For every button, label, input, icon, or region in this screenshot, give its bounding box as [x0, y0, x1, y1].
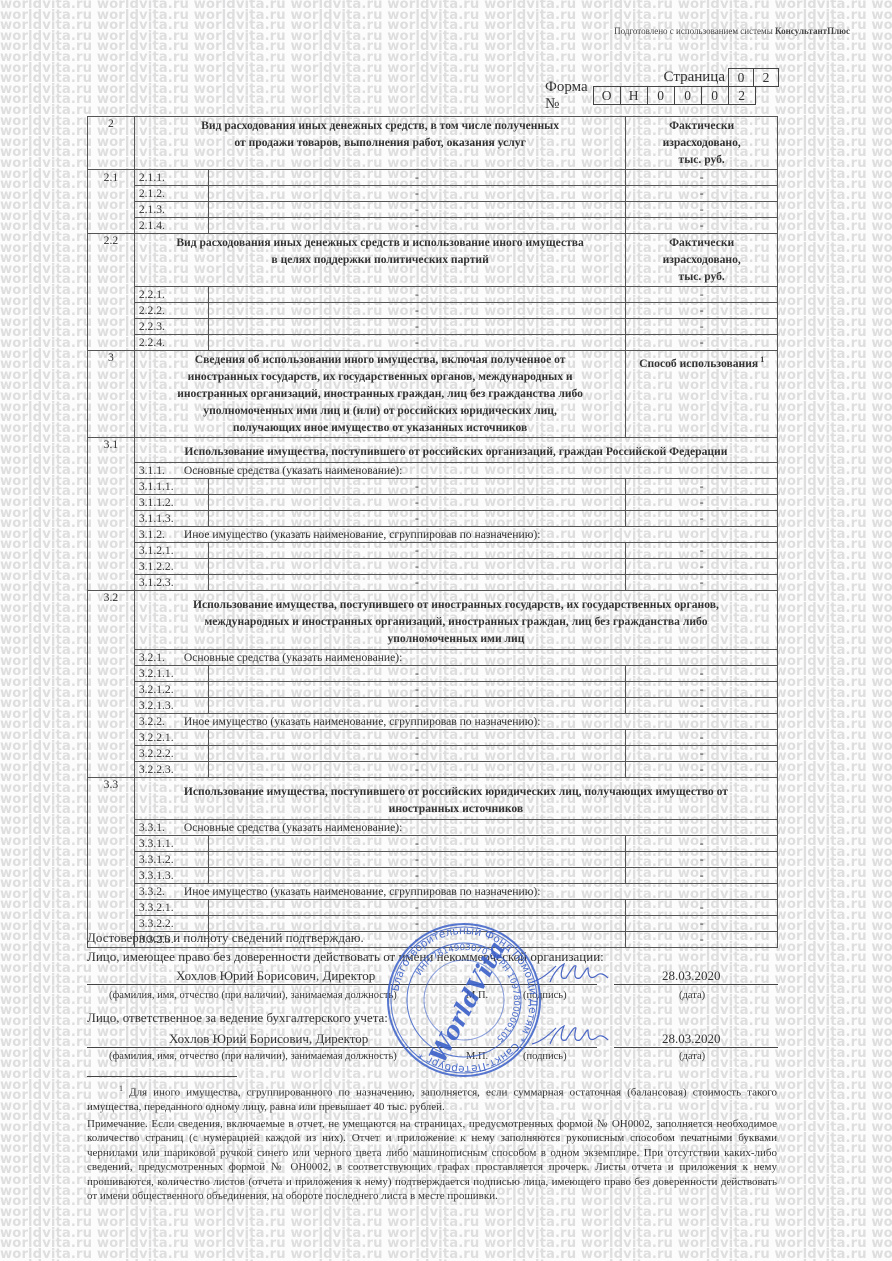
row-name-field[interactable]: - [208, 575, 626, 591]
row-code: 2.1.4. [134, 218, 208, 234]
section-number: 2 [88, 117, 135, 170]
row-name-field[interactable]: - [208, 836, 626, 852]
value-column-header: Фактическиизрасходовано,тыс. руб. [626, 234, 778, 287]
row-name-field[interactable]: - [208, 170, 626, 186]
page-number-boxes: 0 2 [729, 68, 779, 87]
row-code: 2.2.4. [134, 335, 208, 351]
header-line: уполномоченных ими лиц [139, 630, 773, 647]
row-name-field[interactable]: - [208, 218, 626, 234]
caption-name: (фамилия, имя, отчество (при наличии), з… [109, 990, 397, 1001]
row-value-field[interactable]: - [626, 303, 778, 319]
row-name-field[interactable]: - [208, 730, 626, 746]
row-name-field[interactable]: - [208, 202, 626, 218]
row-code: 3.2.1.2. [134, 682, 208, 698]
header-line: Использование имущества, поступившего от… [139, 596, 773, 613]
row-name-field[interactable]: - [208, 303, 626, 319]
row-value-field[interactable]: - [626, 559, 778, 575]
header-line: от продажи товаров, выполнения работ, ок… [139, 134, 621, 151]
header-line: международных и иностранных организаций,… [139, 613, 773, 630]
table-row: 3.1.2.2. - - [88, 559, 778, 575]
header-line: израсходовано, [630, 251, 773, 268]
form-code-char: Н [620, 86, 648, 105]
row-code: 2.1.3. [134, 202, 208, 218]
form-code-boxes: О Н 0 0 0 2 [594, 86, 756, 105]
row-name-field[interactable]: - [208, 698, 626, 714]
row-value-field[interactable]: - [626, 202, 778, 218]
row-value-field[interactable]: - [626, 852, 778, 868]
header-line: Фактически [630, 117, 773, 134]
page-number-row: Страница 0 2 [655, 69, 779, 86]
row-code: 2.2.3. [134, 319, 208, 335]
table-row: 2.1.3. - - [88, 202, 778, 218]
category-label: 3.3.1.Основные средства (указать наимено… [134, 820, 777, 836]
document-page: Подготовлено с использованием системы Ко… [0, 0, 892, 1261]
footnote: 1 Для иного имущества, сгруппированного … [87, 1082, 777, 1114]
authorized-date-line[interactable] [614, 984, 778, 985]
table-row: 3.3.1.3. - - [88, 868, 778, 884]
category-code: 3.3.2. [139, 884, 184, 899]
section-2-header: 2 Вид расходования иных денежных средств… [88, 117, 778, 170]
table-row: 3.3.1.2. - - [88, 852, 778, 868]
row-value-field[interactable]: - [626, 932, 778, 948]
form-code-char: О [593, 86, 621, 105]
subsection-header: 3.1 Использование имущества, поступившег… [88, 438, 778, 463]
category-row: 3.2.1.Основные средства (указать наимено… [88, 650, 778, 666]
note-text: Примечание. Если сведения, включаемые в … [87, 1117, 777, 1203]
subsection-title: Использование имущества, поступившего от… [134, 438, 777, 463]
subsection-number: 3.2 [88, 591, 135, 778]
caption-date: (дата) [679, 990, 705, 1001]
row-name-field[interactable]: - [208, 666, 626, 682]
header-line: тыс. руб. [630, 151, 773, 168]
value-column-header: Фактическиизрасходовано,тыс. руб. [626, 117, 778, 170]
table-row: 3.1.1.1. - - [88, 479, 778, 495]
row-value-field[interactable]: - [626, 511, 778, 527]
subsection-number: 3.3 [88, 778, 135, 948]
caption-name: (фамилия, имя, отчество (при наличии), з… [109, 1051, 397, 1062]
row-code: 3.2.2.1. [134, 730, 208, 746]
category-row: 3.3.1.Основные средства (указать наимено… [88, 820, 778, 836]
row-code: 3.3.2.1. [134, 900, 208, 916]
category-text: Иное имущество (указать наименование, сг… [184, 885, 541, 898]
row-name-field[interactable]: - [208, 559, 626, 575]
row-name-field[interactable]: - [208, 900, 626, 916]
row-name-field[interactable]: - [208, 746, 626, 762]
category-text: Основные средства (указать наименование)… [184, 464, 403, 477]
table-row: 2.2.3. - - [88, 319, 778, 335]
group-number: 2.2 [88, 234, 135, 351]
form-code-row: Форма № О Н 0 0 0 2 [545, 87, 756, 104]
subsection-number: 3.1 [88, 438, 135, 591]
row-code: 3.1.1.1. [134, 479, 208, 495]
table-row: 3.2.1.2. - - [88, 682, 778, 698]
header-line: Вид расходования иных денежных средств, … [139, 117, 621, 134]
section-3-header: 3 Сведения об использовании иного имущес… [88, 351, 778, 438]
table-row: 3.1.1.2. - - [88, 495, 778, 511]
row-name-field[interactable]: - [208, 868, 626, 884]
header-line: иностранных источников [139, 800, 773, 817]
table-row: 3.2.1.3. - - [88, 698, 778, 714]
row-code: 3.3.1.3. [134, 868, 208, 884]
row-value-field[interactable]: - [626, 762, 778, 778]
category-code: 3.2.1. [139, 650, 184, 665]
table-row: 3.1.2.3. - - [88, 575, 778, 591]
category-code: 3.1.1. [139, 463, 184, 478]
row-code: 3.1.2.2. [134, 559, 208, 575]
accountant-name: Хохлов Юрий Борисович, Директор [169, 1031, 368, 1047]
row-value-field[interactable]: - [626, 335, 778, 351]
form-label: Форма № [545, 79, 594, 113]
row-code: 3.2.1.1. [134, 666, 208, 682]
table-row: 3.2.2.2. - - [88, 746, 778, 762]
row-value-field[interactable]: - [626, 186, 778, 202]
table-row: 3.1.1.3. - - [88, 511, 778, 527]
row-code: 3.1.2.1. [134, 543, 208, 559]
category-row: 3.2.2.Иное имущество (указать наименован… [88, 714, 778, 730]
table-row: 3.2.2.3. - - [88, 762, 778, 778]
row-name-field[interactable]: - [208, 335, 626, 351]
caption-date: (дата) [679, 1051, 705, 1062]
category-row: 3.1.2.Иное имущество (указать наименован… [88, 527, 778, 543]
footnote-mark: 1 [119, 1084, 123, 1093]
category-code: 3.1.2. [139, 527, 184, 542]
row-value-field[interactable]: - [626, 575, 778, 591]
form-code-char: 0 [647, 86, 675, 105]
row-code: 3.3.1.1. [134, 836, 208, 852]
header-line: Сведения об использовании иного имуществ… [139, 351, 621, 368]
consultant-note: Подготовлено с использованием системы Ко… [614, 26, 850, 36]
form-code-char: 0 [701, 86, 729, 105]
footnote-ref: 1 [760, 355, 764, 364]
category-row: 3.1.1.Основные средства (указать наимено… [88, 463, 778, 479]
category-label: 3.2.2.Иное имущество (указать наименован… [134, 714, 777, 730]
table-row: 3.3.2.1. - - [88, 900, 778, 916]
table-row: 2.2.4. - - [88, 335, 778, 351]
category-text: Иное имущество (указать наименование, сг… [184, 528, 541, 541]
header-line: уполномоченных ими лиц и (или) от россий… [139, 402, 621, 419]
row-value-field[interactable]: - [626, 682, 778, 698]
section-title: Вид расходования иных денежных средств и… [134, 234, 625, 287]
row-value-field[interactable]: - [626, 836, 778, 852]
category-text: Основные средства (указать наименование)… [184, 821, 403, 834]
authorized-name: Хохлов Юрий Борисович, Директор [176, 968, 375, 984]
subsection-header: 3.3 Использование имущества, поступившег… [88, 778, 778, 820]
header-line: Использование имущества, поступившего от… [139, 443, 773, 460]
row-value-field[interactable]: - [626, 287, 778, 303]
header-line: Фактически [630, 234, 773, 251]
value-column-header: Способ использования1 [626, 351, 778, 438]
row-name-field[interactable]: - [208, 186, 626, 202]
row-code: 2.1.2. [134, 186, 208, 202]
row-name-field[interactable]: - [208, 762, 626, 778]
section-title: Вид расходования иных денежных средств, … [134, 117, 625, 170]
category-label: 3.1.2.Иное имущество (указать наименован… [134, 527, 777, 543]
row-name-field[interactable]: - [208, 495, 626, 511]
value-header-text: Способ использования [639, 357, 758, 370]
row-code: 3.2.2.2. [134, 746, 208, 762]
section-2-2-header: 2.2 Вид расходования иных денежных средс… [88, 234, 778, 287]
row-name-field[interactable]: - [208, 543, 626, 559]
consultant-note-prefix: Подготовлено с использованием системы [614, 26, 773, 36]
row-code: 3.2.1.3. [134, 698, 208, 714]
row-name-field[interactable]: - [208, 852, 626, 868]
row-value-field[interactable]: - [626, 170, 778, 186]
row-value-field[interactable]: - [626, 218, 778, 234]
row-value-field[interactable]: - [626, 479, 778, 495]
group-number: 2.1 [88, 170, 135, 234]
row-value-field[interactable]: - [626, 543, 778, 559]
row-value-field[interactable]: - [626, 868, 778, 884]
subsection-title: Использование имущества, поступившего от… [134, 591, 777, 650]
accountant-date-line[interactable] [614, 1047, 778, 1048]
section-number: 3 [88, 351, 135, 438]
category-row: 3.3.2.Иное имущество (указать наименован… [88, 884, 778, 900]
header-line: тыс. руб. [630, 268, 773, 285]
row-value-field[interactable]: - [626, 666, 778, 682]
table-row: 2.2.2. - - [88, 303, 778, 319]
row-code: 2.1.1. [134, 170, 208, 186]
page-label: Страница [655, 69, 729, 86]
category-code: 3.3.1. [139, 820, 184, 835]
report-table: 2 Вид расходования иных денежных средств… [87, 116, 778, 948]
footnote-separator [87, 1076, 237, 1077]
row-name-field[interactable]: - [208, 479, 626, 495]
category-text: Иное имущество (указать наименование, сг… [184, 715, 541, 728]
row-code: 2.2.2. [134, 303, 208, 319]
subsection-title: Использование имущества, поступившего от… [134, 778, 777, 820]
accountant-label: Лицо, ответственное за ведение бухгалтер… [87, 1010, 388, 1026]
header-line: иностранных организаций, иностранных гра… [139, 385, 621, 402]
header-line: в целях поддержки политических партий [139, 251, 621, 268]
table-row: 3.1.2.1. - - [88, 543, 778, 559]
authorized-date: 28.03.2020 [662, 968, 721, 984]
category-code: 3.2.2. [139, 714, 184, 729]
consultant-brand: КонсультантПлюс [775, 26, 850, 36]
row-code: 3.2.2.3. [134, 762, 208, 778]
category-label: 3.1.1.Основные средства (указать наимено… [134, 463, 777, 479]
row-name-field[interactable]: - [208, 319, 626, 335]
table-row: 2.1 2.1.1. - - [88, 170, 778, 186]
header-line: Использование имущества, поступившего от… [139, 783, 773, 800]
row-code: 3.1.1.3. [134, 511, 208, 527]
row-value-field[interactable]: - [626, 495, 778, 511]
organization-stamp-icon: Благотворительный Фонд Помощи Детям * Са… [384, 920, 544, 1080]
row-value-field[interactable]: - [626, 730, 778, 746]
confirm-text: Достоверность и полноту сведений подтвер… [87, 930, 364, 946]
page-digit: 2 [753, 68, 779, 87]
category-label: 3.2.1.Основные средства (указать наимено… [134, 650, 777, 666]
category-text: Основные средства (указать наименование)… [184, 651, 403, 664]
row-value-field[interactable]: - [626, 319, 778, 335]
row-code: 3.1.1.2. [134, 495, 208, 511]
table-row: 3.2.1.1. - - [88, 666, 778, 682]
row-code: 2.2.1. [134, 287, 208, 303]
category-label: 3.3.2.Иное имущество (указать наименован… [134, 884, 777, 900]
table-row: 2.1.2. - - [88, 186, 778, 202]
row-name-field[interactable]: - [208, 511, 626, 527]
row-value-field[interactable]: - [626, 698, 778, 714]
row-code: 3.1.2.3. [134, 575, 208, 591]
header-line: получающих иное имущество от указанных и… [139, 419, 621, 436]
header-line: иностранных государств, их государственн… [139, 368, 621, 385]
page-digit: 0 [728, 68, 754, 87]
row-name-field[interactable]: - [208, 682, 626, 698]
footnote-text: Для иного имущества, сгруппированного по… [87, 1087, 777, 1113]
table-row: 2.1.4. - - [88, 218, 778, 234]
table-row: 3.3.1.1. - - [88, 836, 778, 852]
accountant-date: 28.03.2020 [662, 1031, 721, 1047]
header-line: Вид расходования иных денежных средств и… [139, 234, 621, 251]
row-value-field[interactable]: - [626, 900, 778, 916]
form-code-char: 2 [728, 86, 756, 105]
row-value-field[interactable]: - [626, 746, 778, 762]
form-code-char: 0 [674, 86, 702, 105]
table-row: 2.2.1. - - [88, 287, 778, 303]
row-value-field[interactable]: - [626, 916, 778, 932]
row-code: 3.3.1.2. [134, 852, 208, 868]
subsection-header: 3.2 Использование имущества, поступившег… [88, 591, 778, 650]
row-name-field[interactable]: - [208, 287, 626, 303]
table-row: 3.2.2.1. - - [88, 730, 778, 746]
header-line: израсходовано, [630, 134, 773, 151]
section-title: Сведения об использовании иного имуществ… [134, 351, 625, 438]
